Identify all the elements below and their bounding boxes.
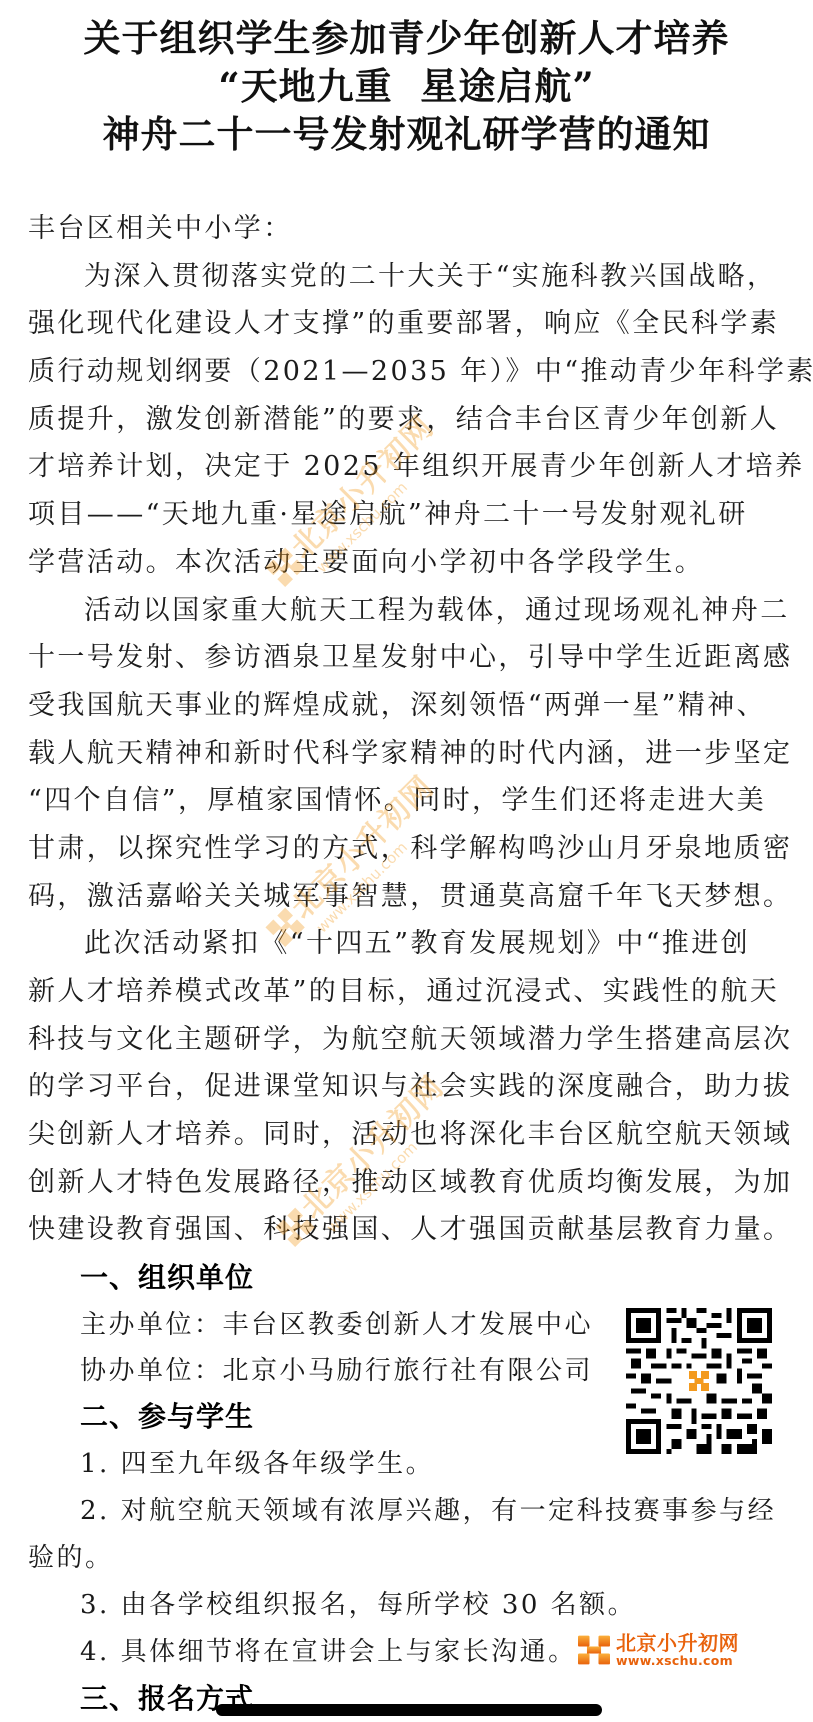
paragraph-1: 为深入贯彻落实党的二十大关于“实施科教兴国战略， 强化现代化建设人才支撑”的重要… — [28, 258, 790, 582]
salutation: 丰台区相关中小学： — [28, 210, 790, 248]
brand-logo: 北京小升初网 www.xschu.com — [578, 1630, 739, 1670]
paragraph-line: 强化现代化建设人才支撑”的重要部署，响应《全民科学素 — [28, 305, 790, 343]
title-line-3: 神舟二十一号发射观礼研学营的通知 — [0, 110, 813, 158]
paragraph-line: 快建设教育强国、科技强国、人才强国贡献基层教育力量。 — [28, 1211, 790, 1249]
paragraph-line: 学营活动。本次活动主要面向小学初中各学段学生。 — [28, 544, 790, 582]
section-heading-organizers: 一、组织单位 — [28, 1259, 790, 1297]
paragraph-line: 才培养计划，决定于 2025 年组织开展青少年创新人才培养 — [28, 448, 790, 486]
paragraph-line: 此次活动紧扣《“十四五”教育发展规划》中“推进创 — [28, 925, 790, 963]
paragraph-line: 载人航天精神和新时代科学家精神的时代内涵，进一步坚定 — [28, 735, 790, 773]
paragraph-line: 码，激活嘉峪关关城军事智慧，贯通莫高窟千年飞天梦想。 — [28, 878, 790, 916]
paragraph-line: 为深入贯彻落实党的二十大关于“实施科教兴国战略， — [28, 258, 790, 296]
document-title: 关于组织学生参加青少年创新人才培养 “天地九重 星途启航” 神舟二十一号发射观礼… — [0, 14, 813, 158]
home-indicator[interactable] — [216, 1704, 602, 1716]
paragraph-2: 活动以国家重大航天工程为载体，通过现场观礼神舟二 十一号发射、参访酒泉卫星发射中… — [28, 592, 790, 916]
paragraph-line: 活动以国家重大航天工程为载体，通过现场观礼神舟二 — [28, 592, 790, 630]
title-line-2: “天地九重 星途启航” — [0, 62, 813, 110]
paragraph-3: 此次活动紧扣《“十四五”教育发展规划》中“推进创 新人才培养模式改革”的目标，通… — [28, 925, 790, 1249]
participant-item-2-continued: 验的。 — [28, 1539, 790, 1577]
title-line-1: 关于组织学生参加青少年创新人才培养 — [0, 14, 813, 62]
paragraph-line: 创新人才特色发展路径，推动区域教育优质均衡发展，为加 — [28, 1164, 790, 1202]
document-body: 丰台区相关中小学： 为深入贯彻落实党的二十大关于“实施科教兴国战略， 强化现代化… — [28, 210, 790, 1722]
paragraph-line: “四个自信”，厚植家国情怀。同时，学生们还将走进大美 — [28, 782, 790, 820]
paragraph-line: 项目——“天地九重·星途启航”神舟二十一号发射观礼研 — [28, 496, 790, 534]
paragraph-line: 质行动规划纲要（2021—2035 年）》中“推动青少年科学素 — [28, 353, 790, 391]
brand-mark-icon — [578, 1634, 610, 1666]
participant-item-2: 2. 对航空航天领域有浓厚兴趣，有一定科技赛事参与经 — [28, 1492, 790, 1530]
qr-code-icon[interactable] — [626, 1308, 772, 1454]
paragraph-line: 质提升，激发创新潜能”的要求，结合丰台区青少年创新人 — [28, 401, 790, 439]
paragraph-line: 科技与文化主题研学，为航空航天领域潜力学生搭建高层次 — [28, 1021, 790, 1059]
brand-name: 北京小升初网 — [616, 1633, 739, 1653]
paragraph-line: 十一号发射、参访酒泉卫星发射中心，引导中学生近距离感 — [28, 639, 790, 677]
paragraph-line: 甘肃，以探究性学习的方式，科学解构鸣沙山月牙泉地质密 — [28, 830, 790, 868]
paragraph-line: 尖创新人才培养。同时，活动也将深化丰台区航空航天领域 — [28, 1116, 790, 1154]
brand-url: www.xschu.com — [616, 1655, 739, 1668]
paragraph-line: 新人才培养模式改革”的目标，通过沉浸式、实践性的航天 — [28, 973, 790, 1011]
paragraph-line: 受我国航天事业的辉煌成就，深刻领悟“两弹一星”精神、 — [28, 687, 790, 725]
paragraph-line: 的学习平台，促进课堂知识与社会实践的深度融合，助力拔 — [28, 1068, 790, 1106]
participant-item-3: 3. 由各学校组织报名，每所学校 30 名额。 — [28, 1586, 790, 1624]
